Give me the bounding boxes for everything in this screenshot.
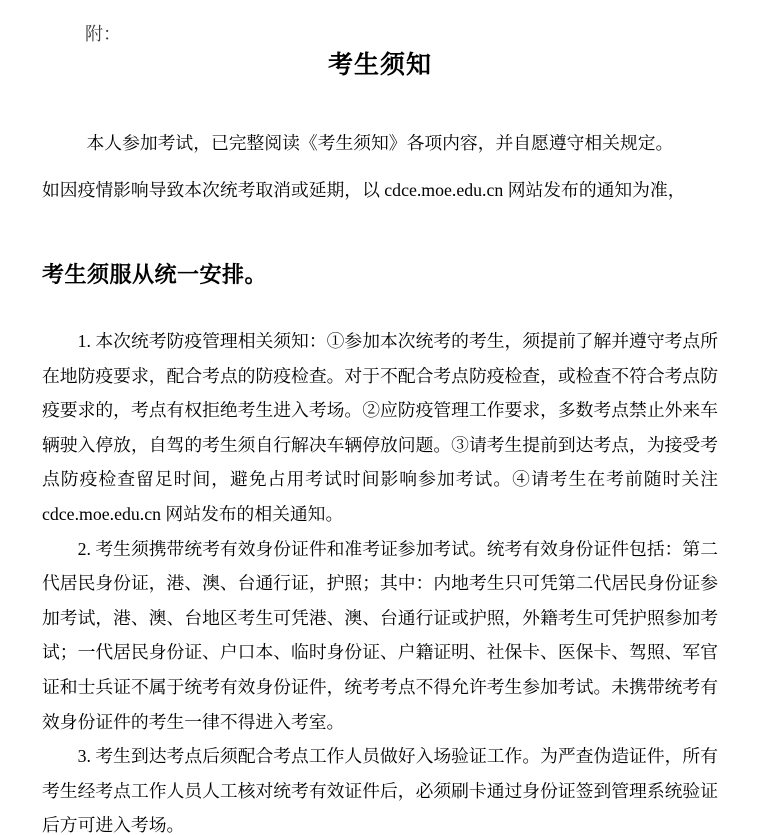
notice-item-3: 3. 考生到达考点后须配合考点工作人员做好入场验证工作。为严查伪造证件，所有考生… [42,739,718,835]
intro-postpone-notice: 如因疫情影响导致本次统考取消或延期，以 cdce.moe.edu.cn 网站发布… [42,167,718,214]
intro-declaration: 本人参加考试，已完整阅读《考生须知》各项内容，并自愿遵守相关规定。 [42,120,718,167]
attachment-label: 附： [85,22,718,46]
notice-item-1: 1. 本次统考防疫管理相关须知：①参加本次统考的考生，须提前了解并遵守考点所在地… [42,324,718,532]
section-heading: 考生须服从统一安排。 [42,260,718,290]
notice-item-2: 2. 考生须携带统考有效身份证件和准考证参加考试。统考有效身份证件包括：第二代居… [42,532,718,740]
document-page: 附： 考生须知 本人参加考试，已完整阅读《考生须知》各项内容，并自愿遵守相关规定… [0,0,760,835]
document-title: 考生须知 [42,48,718,82]
notice-body: 1. 本次统考防疫管理相关须知：①参加本次统考的考生，须提前了解并遵守考点所在地… [42,324,718,835]
